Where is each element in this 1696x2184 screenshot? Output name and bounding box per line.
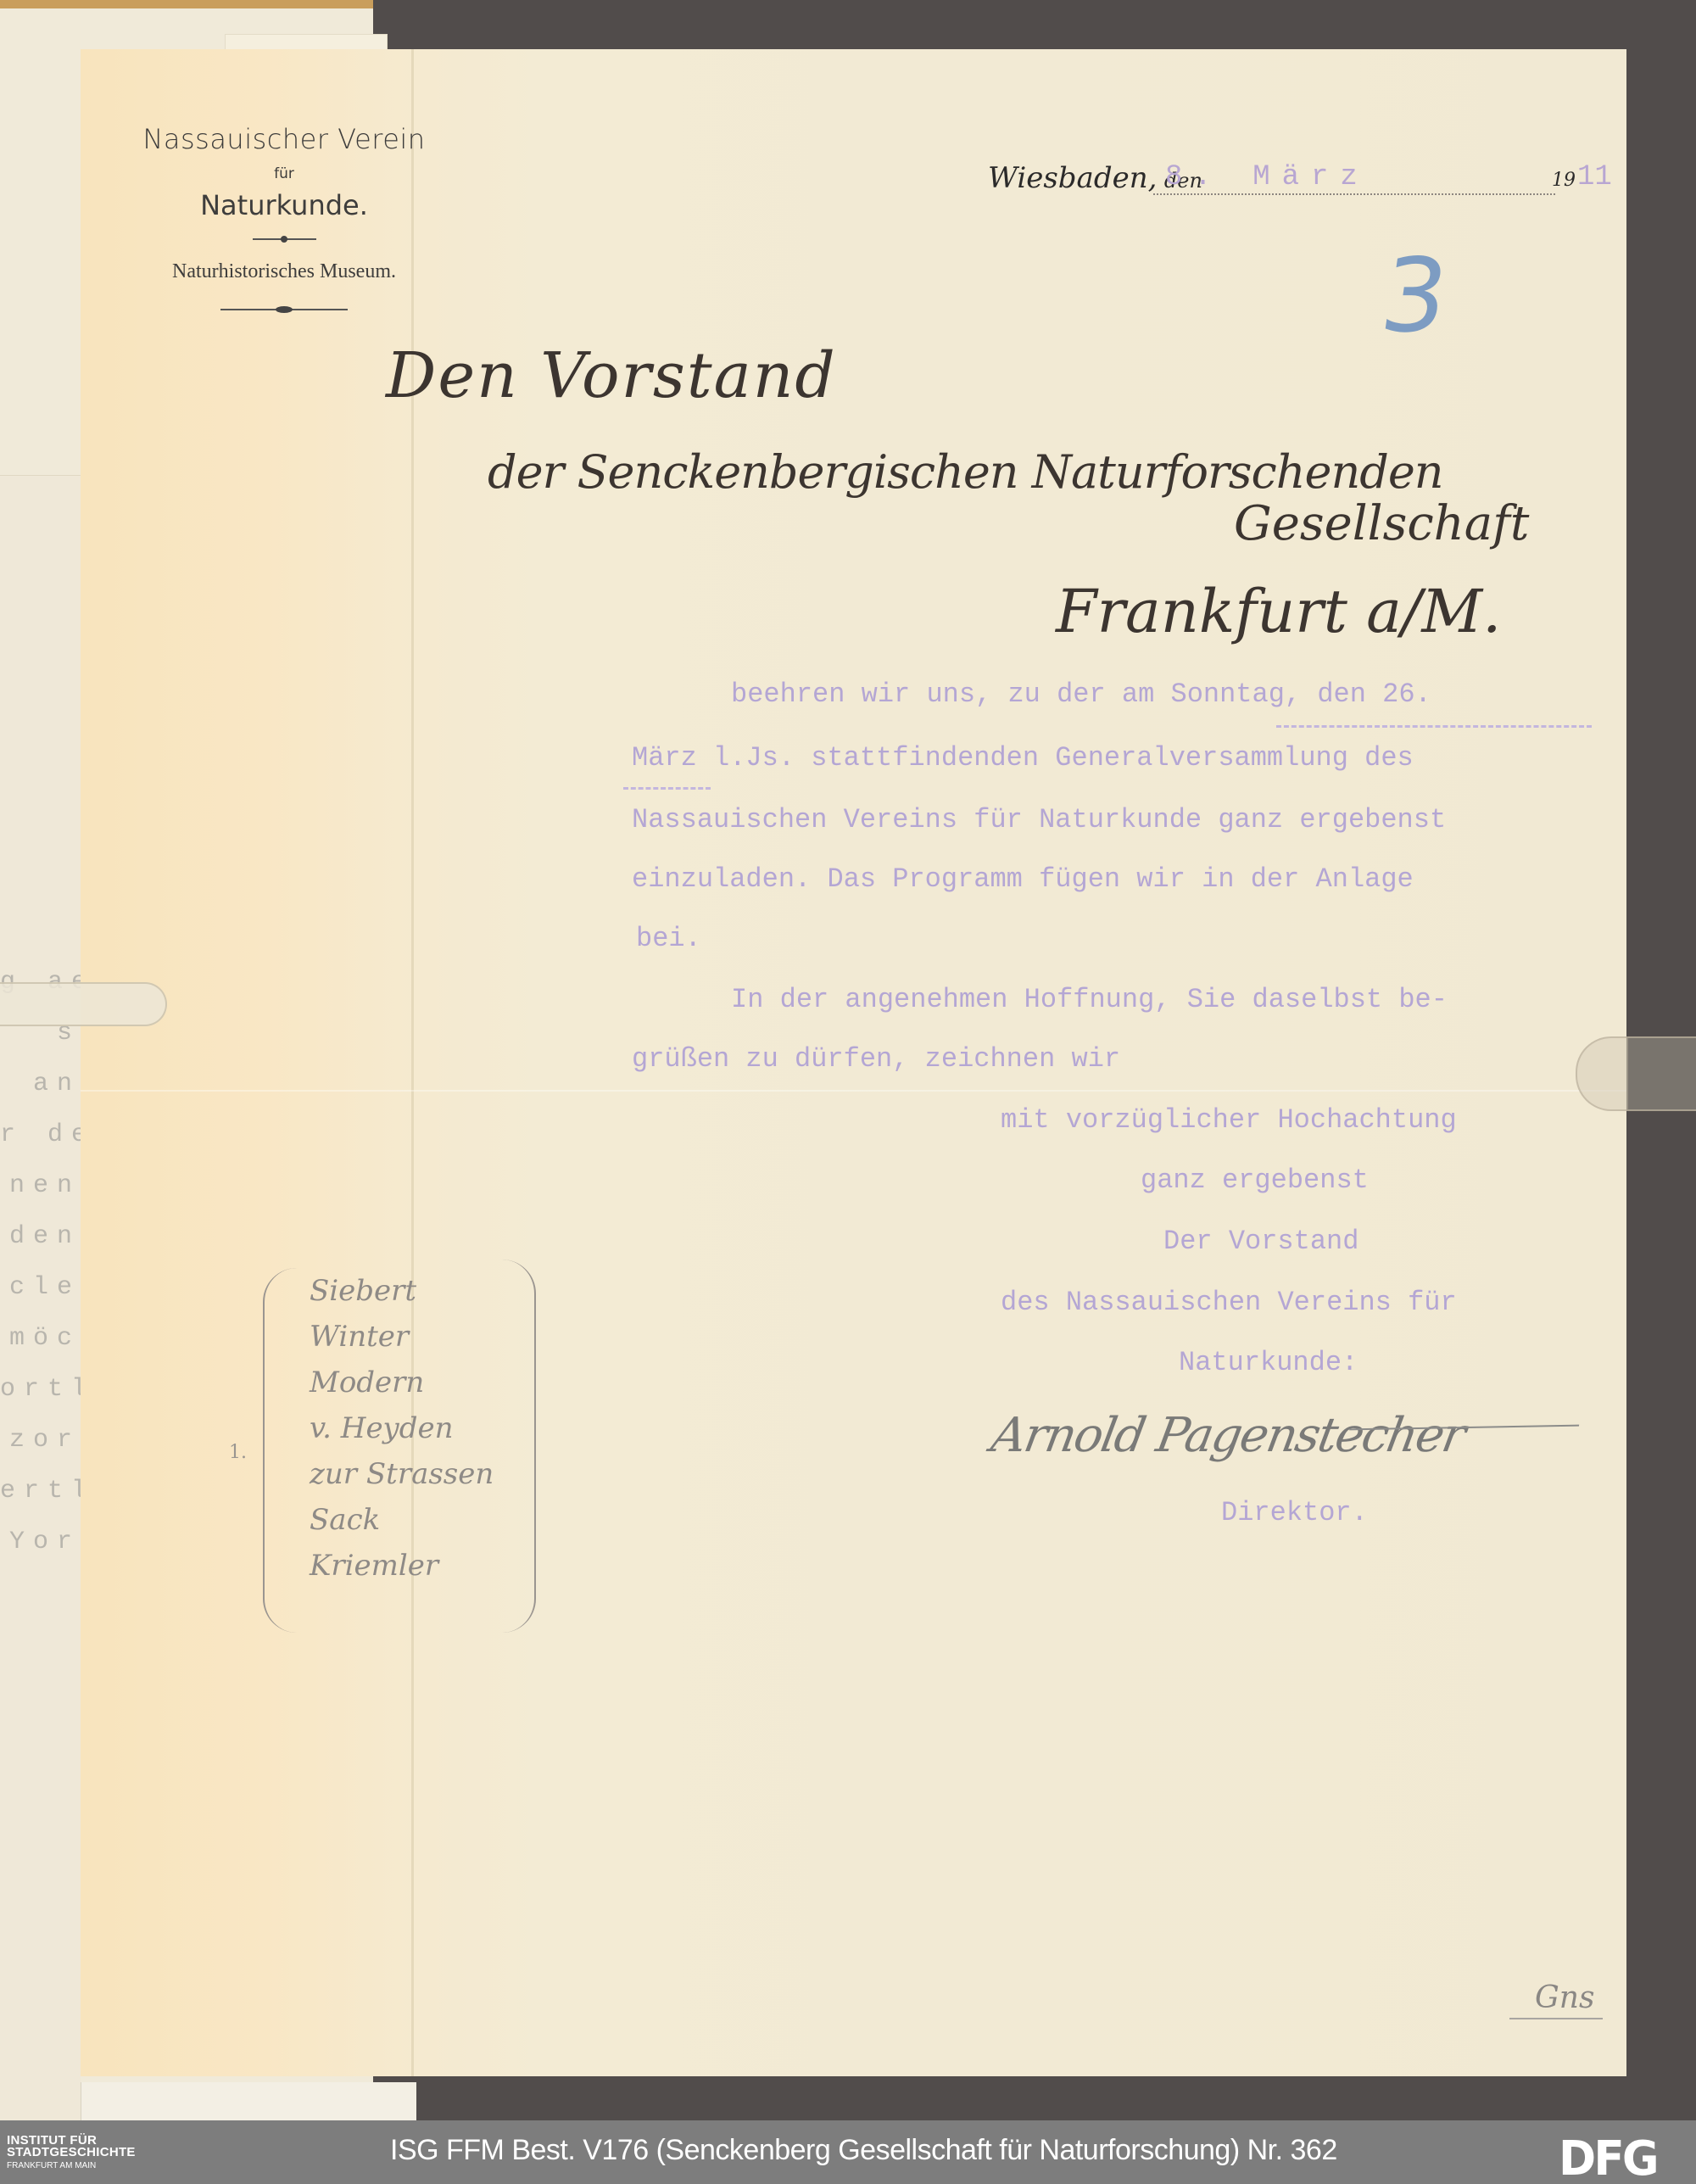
body-line: einzuladen. Das Programm fügen wir in de… xyxy=(632,863,1414,895)
horizontal-fold xyxy=(81,1090,1626,1092)
dateline-place: Wiesbaden, xyxy=(988,161,1157,195)
footer-bar: INSTITUT FÜR STADTGESCHICHTE FRANKFURT A… xyxy=(0,2120,1696,2184)
document-scan: g ae s an r de nen den cle möc ortl zor … xyxy=(0,0,1696,2120)
letterhead-naturkunde: Naturkunde. xyxy=(127,189,441,221)
letterhead-museum: Naturhistorisches Museum. xyxy=(127,260,441,283)
under-fragment: den xyxy=(0,1222,81,1251)
underline-sonntag xyxy=(1276,725,1592,728)
dateline-year: 11 xyxy=(1577,161,1612,193)
ornament-divider-icon xyxy=(253,238,316,240)
pencil-mark: 1. xyxy=(229,1442,247,1463)
corner-initials: Gns xyxy=(1535,1980,1594,2015)
closing-line: ganz ergebenst xyxy=(1141,1165,1369,1196)
pencil-name-list: Siebert Winter Modern v. Heyden zur Stra… xyxy=(310,1268,494,1589)
institution-logo[interactable]: INSTITUT FÜR STADTGESCHICHTE FRANKFURT A… xyxy=(7,2135,136,2172)
left-brace-icon xyxy=(263,1268,298,1633)
pencil-name: zur Strassen xyxy=(310,1451,494,1497)
closing-line: des Nassauischen Vereins für xyxy=(1001,1287,1457,1318)
dateline-century: 19 xyxy=(1552,170,1576,191)
underlying-typed-sheet: g ae s an r de nen den cle möc ortl zor … xyxy=(0,475,81,2120)
underlying-sheet-bottom xyxy=(81,2082,416,2120)
under-fragment: an xyxy=(0,1070,81,1098)
closing-line: mit vorzüglicher Hochachtung xyxy=(1001,1104,1457,1136)
pencil-name: Kriemler xyxy=(310,1543,494,1589)
address-line-3: Gesellschaft xyxy=(1234,496,1529,551)
address-line-4: Frankfurt a/M. xyxy=(1056,577,1501,646)
body-line: bei. xyxy=(636,923,701,954)
pencil-annotation: 1. Siebert Winter Modern v. Heyden zur S… xyxy=(229,1243,551,1650)
institution-line-2: STADTGESCHICHTE xyxy=(7,2147,136,2159)
pencil-name: v. Heyden xyxy=(310,1405,494,1451)
under-fragment: cle xyxy=(0,1273,81,1302)
binder-clip-right xyxy=(1576,1036,1696,1111)
ornament-divider-icon xyxy=(220,309,348,310)
pencil-name: Sack xyxy=(310,1497,494,1543)
clip-strip xyxy=(1628,1038,1696,1109)
letterhead: Nassauischer Verein für Naturkunde. Natu… xyxy=(127,123,441,310)
address-line-2: der Senckenbergischen Naturforschenden xyxy=(488,445,1443,499)
dateline: Wiesbaden, den 8. März 19 11 xyxy=(988,161,1611,195)
body-line: grüßen zu dürfen, zeichnen wir xyxy=(632,1043,1120,1075)
body-line: Nassauischen Vereins für Naturkunde ganz… xyxy=(632,804,1446,835)
binder-clip-left xyxy=(0,982,167,1026)
signatory-title: Direktor. xyxy=(1221,1497,1368,1528)
body-line: beehren wir uns, zu der am Sonntag, den … xyxy=(731,679,1431,710)
dateline-date: 8. März xyxy=(1153,161,1555,195)
pencil-name: Winter xyxy=(310,1314,494,1360)
letterhead-org-name: Nassauischer Verein xyxy=(127,123,441,155)
address-line-1: Den Vorstand xyxy=(386,339,837,412)
under-fragment: ertl xyxy=(0,1477,81,1505)
closing-line: Naturkunde: xyxy=(1179,1347,1358,1378)
body-line: In der angenehmen Hoffnung, Sie daselbst… xyxy=(731,984,1448,1015)
under-fragment: zor xyxy=(0,1426,81,1455)
right-brace-icon xyxy=(500,1260,536,1633)
letterhead-fuer: für xyxy=(127,165,441,182)
signature: Arnold Pagenstecher xyxy=(987,1408,1468,1463)
under-fragment: Yor xyxy=(0,1528,81,1556)
under-fragment: möc xyxy=(0,1324,81,1353)
body-line: März l.Js. stattfindenden Generalversamm… xyxy=(632,742,1414,774)
archive-reference-title: ISG FFM Best. V176 (Senckenberg Gesellsc… xyxy=(390,2134,1337,2167)
pencil-name: Modern xyxy=(310,1360,494,1405)
under-fragment: nen xyxy=(0,1171,81,1200)
under-fragment: ortl xyxy=(0,1375,81,1404)
pencil-name: Siebert xyxy=(310,1268,494,1314)
dfg-logo[interactable]: DFG xyxy=(1559,2136,1657,2183)
institution-line-3: FRANKFURT AM MAIN xyxy=(7,2160,136,2172)
closing-line: Der Vorstand xyxy=(1163,1226,1358,1257)
under-fragment: r de xyxy=(0,1120,81,1149)
underline-maerz xyxy=(623,787,711,790)
